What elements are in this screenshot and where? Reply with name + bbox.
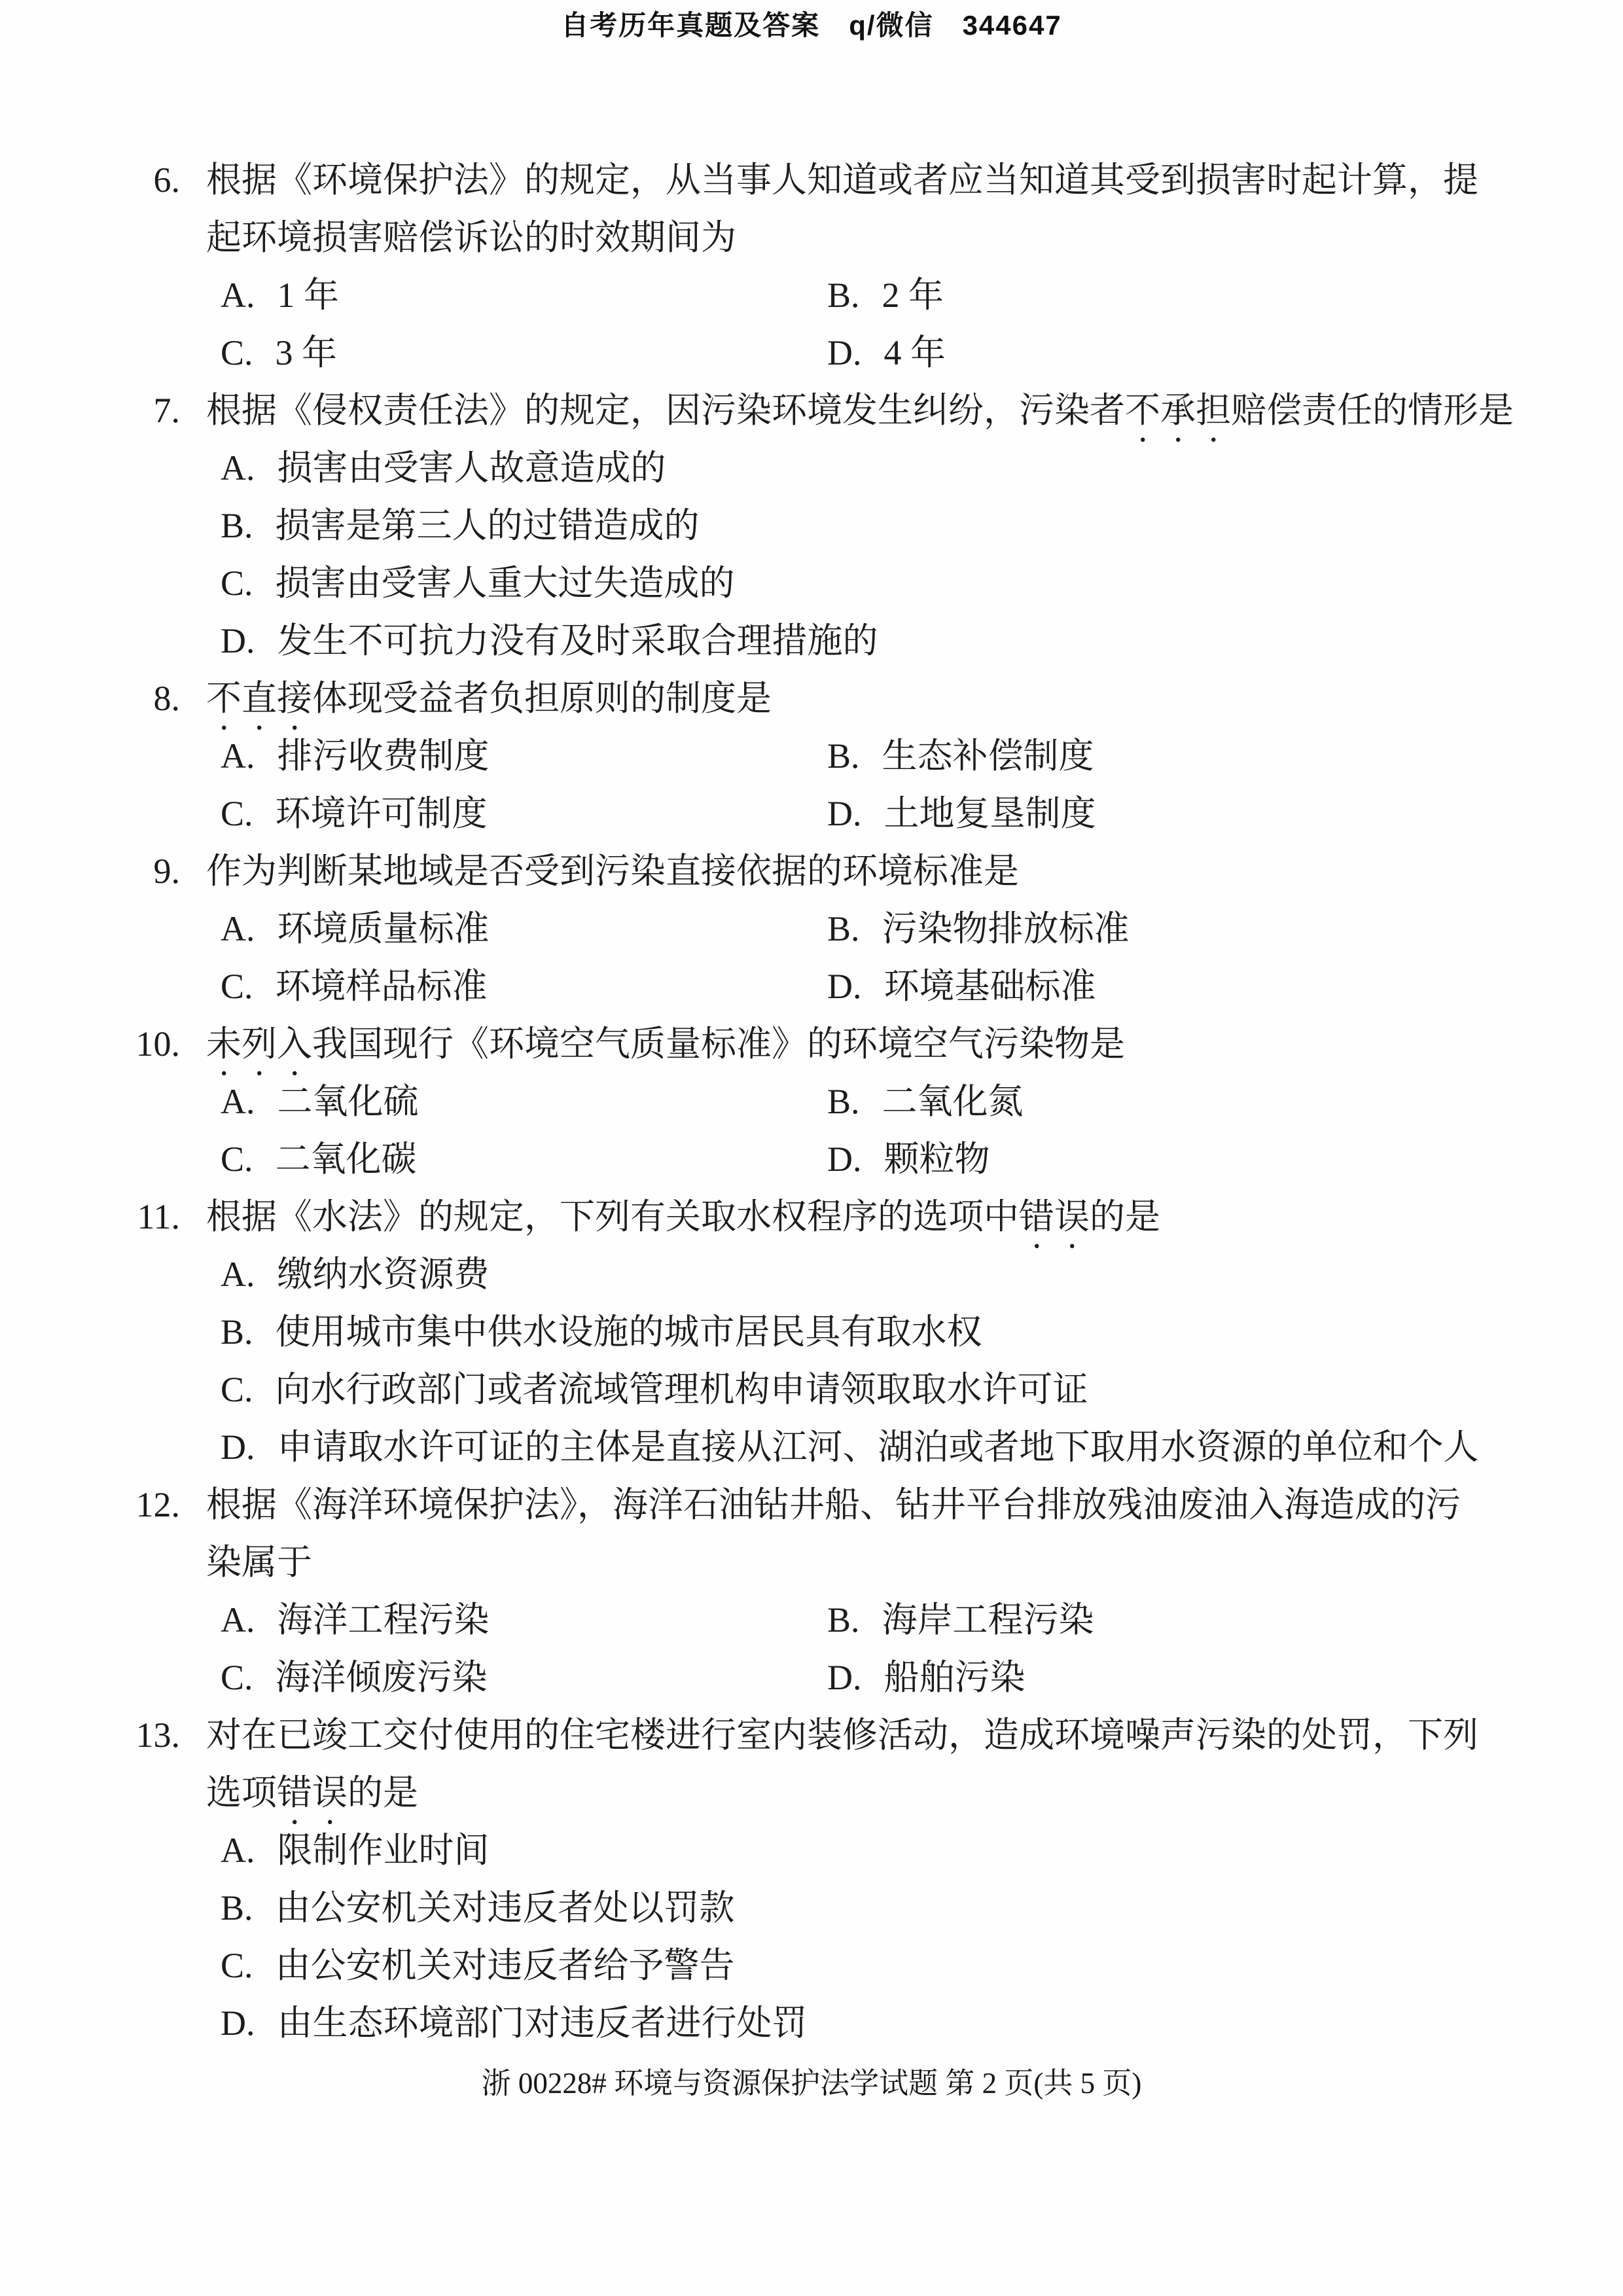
emphasized-text: 不直接 <box>206 679 312 718</box>
option-label: D. <box>827 1649 862 1706</box>
option-row: A.环境质量标准B.污染物排放标准 <box>221 900 1597 958</box>
option-text: 海洋倾废污染 <box>276 1658 488 1697</box>
option-item: D.发生不可抗力没有及时采取合理措施的 <box>221 612 878 670</box>
question-line: 起环境损害赔偿诉讼的时效期间为 <box>206 209 1597 266</box>
option-text: 船舶污染 <box>884 1658 1026 1697</box>
option-text: 2 年 <box>882 276 944 315</box>
question-text: 作为判断某地域是否受到污染直接依据的环境标准是 <box>206 852 1019 891</box>
option-text: 损害是第三人的过错造成的 <box>276 506 700 545</box>
option-text: 由公安机关对违反者给予警告 <box>276 1946 735 1985</box>
question-text: 根据《海洋环境保护法》，海洋石油钻井船、钻井平台排放残油废油入海造成的污 <box>206 1485 1461 1524</box>
option-row: C.由公安机关对违反者给予警告 <box>221 1937 1597 1994</box>
question-item: 10.未列入我国现行《环境空气质量标准》的环境空气污染物是A.二氧化硫B.二氧化… <box>118 1015 1597 1188</box>
option-item: B.由公安机关对违反者处以罚款 <box>221 1879 735 1937</box>
option-label: D. <box>827 1130 862 1188</box>
option-label: B. <box>827 266 860 324</box>
option-item: B.2 年 <box>827 266 944 324</box>
question-line: 13.对在已竣工交付使用的住宅楼进行室内装修活动，造成环境噪声污染的处罚，下列 <box>118 1706 1597 1764</box>
text-segment: 的是 <box>1090 1197 1160 1236</box>
option-text: 向水行政部门或者流域管理机构申请领取取水许可证 <box>276 1370 1088 1409</box>
option-text: 损害由受害人故意造成的 <box>277 448 666 488</box>
question-line: 染属于 <box>206 1534 1597 1591</box>
option-item: A.损害由受害人故意造成的 <box>221 439 666 497</box>
option-item: C.向水行政部门或者流域管理机构申请领取取水许可证 <box>221 1361 1088 1418</box>
option-text: 发生不可抗力没有及时采取合理措施的 <box>277 621 878 660</box>
option-row: C.环境样品标准D.环境基础标准 <box>221 958 1597 1015</box>
option-label: B. <box>221 1303 253 1361</box>
option-row: C.海洋倾废污染D.船舶污染 <box>221 1649 1597 1706</box>
option-text: 二氧化氮 <box>882 1082 1024 1121</box>
option-text: 排污收费制度 <box>277 736 490 776</box>
option-text: 环境质量标准 <box>277 909 490 948</box>
option-text: 海洋工程污染 <box>277 1600 490 1640</box>
question-text: 根据《水法》的规定，下列有关取水权程序的选项中错误的是 <box>206 1197 1160 1236</box>
option-text: 4 年 <box>884 333 946 372</box>
option-text: 环境样品标准 <box>276 967 488 1006</box>
question-item: 11.根据《水法》的规定，下列有关取水权程序的选项中错误的是A.缴纳水资源费B.… <box>118 1188 1597 1476</box>
option-label: A. <box>221 1591 255 1649</box>
question-line: 11.根据《水法》的规定，下列有关取水权程序的选项中错误的是 <box>118 1188 1597 1246</box>
question-number: 9. <box>118 842 180 900</box>
question-number: 7. <box>118 382 180 439</box>
option-text: 由生态环境部门对违反者进行处罚 <box>277 2003 808 2043</box>
option-item: A.限制作业时间 <box>221 1821 490 1879</box>
text-segment: 体现受益者负担原则的制度是 <box>312 679 772 718</box>
option-label: C. <box>221 1937 253 1994</box>
option-item: A.环境质量标准 <box>221 900 827 958</box>
option-item: D.颗粒物 <box>827 1130 990 1188</box>
option-label: C. <box>221 1361 253 1418</box>
question-text: 选项错误的是 <box>206 1773 418 1812</box>
question-item: 9.作为判断某地域是否受到污染直接依据的环境标准是A.环境质量标准B.污染物排放… <box>118 842 1597 1015</box>
page-header: 自考历年真题及答案 q/微信 344647 <box>0 0 1623 46</box>
option-label: D. <box>827 785 862 842</box>
exam-page: 自考历年真题及答案 q/微信 344647 6.根据《环境保护法》的规定，从当事… <box>0 0 1623 2296</box>
question-line: 10.未列入我国现行《环境空气质量标准》的环境空气污染物是 <box>118 1015 1597 1073</box>
option-text: 申请取水许可证的主体是直接从江河、湖泊或者地下取用水资源的单位和个人 <box>277 1427 1479 1467</box>
text-segment: 起环境损害赔偿诉讼的时效期间为 <box>206 218 736 257</box>
question-item: 8.不直接体现受益者负担原则的制度是A.排污收费制度B.生态补偿制度C.环境许可… <box>118 670 1597 842</box>
text-segment: 的是 <box>348 1773 418 1812</box>
text-segment: 根据《侵权责任法》的规定，因污染环境发生纠纷，污染者 <box>206 391 1125 430</box>
question-text: 根据《侵权责任法》的规定，因污染环境发生纠纷，污染者不承担赔偿责任的情形是 <box>206 391 1514 430</box>
option-item: B.海岸工程污染 <box>827 1591 1094 1649</box>
question-line: 12.根据《海洋环境保护法》，海洋石油钻井船、钻井平台排放残油废油入海造成的污 <box>118 1476 1597 1534</box>
option-label: C. <box>221 324 253 382</box>
option-text: 缴纳水资源费 <box>277 1255 490 1294</box>
text-segment: 赔偿责任的情形是 <box>1231 391 1514 430</box>
text-segment: 作为判断某地域是否受到污染直接依据的环境标准是 <box>206 852 1019 891</box>
option-item: B.二氧化氮 <box>827 1073 1024 1130</box>
question-line: 6.根据《环境保护法》的规定，从当事人知道或者应当知道其受到损害时起计算，提 <box>118 151 1597 209</box>
question-text: 不直接体现受益者负担原则的制度是 <box>206 679 772 718</box>
option-item: C.二氧化碳 <box>221 1130 827 1188</box>
question-number: 10. <box>118 1015 180 1073</box>
option-label: C. <box>221 785 253 842</box>
text-segment: 染属于 <box>206 1543 312 1582</box>
option-label: A. <box>221 439 255 497</box>
option-label: D. <box>221 1418 255 1476</box>
question-number: 12. <box>118 1476 180 1534</box>
option-label: B. <box>827 727 860 785</box>
option-label: B. <box>827 1591 860 1649</box>
option-row: A.排污收费制度B.生态补偿制度 <box>221 727 1597 785</box>
option-label: C. <box>221 554 253 612</box>
question-list: 6.根据《环境保护法》的规定，从当事人知道或者应当知道其受到损害时起计算，提起环… <box>0 151 1623 2052</box>
emphasized-text: 未列入 <box>206 1024 312 1064</box>
text-segment: 选项 <box>206 1773 277 1812</box>
option-label: C. <box>221 1130 253 1188</box>
option-text: 环境许可制度 <box>276 794 488 833</box>
option-label: D. <box>827 324 862 382</box>
option-text: 由公安机关对违反者处以罚款 <box>276 1888 735 1928</box>
option-row: D.申请取水许可证的主体是直接从江河、湖泊或者地下取用水资源的单位和个人 <box>221 1418 1597 1476</box>
option-item: C.环境样品标准 <box>221 958 827 1015</box>
question-line: 7.根据《侵权责任法》的规定，因污染环境发生纠纷，污染者不承担赔偿责任的情形是 <box>118 382 1597 439</box>
option-label: A. <box>221 266 255 324</box>
option-row: A.缴纳水资源费 <box>221 1246 1597 1303</box>
option-text: 二氧化硫 <box>277 1082 419 1121</box>
option-row: D.由生态环境部门对违反者进行处罚 <box>221 1994 1597 2052</box>
emphasized-text: 错误 <box>1019 1197 1090 1236</box>
option-label: B. <box>221 497 253 554</box>
option-label: B. <box>221 1879 253 1937</box>
option-row: C.3 年D.4 年 <box>221 324 1597 382</box>
option-text: 污染物排放标准 <box>882 909 1130 948</box>
option-row: B.使用城市集中供水设施的城市居民具有取水权 <box>221 1303 1597 1361</box>
option-item: C.环境许可制度 <box>221 785 827 842</box>
question-item: 13.对在已竣工交付使用的住宅楼进行室内装修活动，造成环境噪声污染的处罚，下列选… <box>118 1706 1597 2052</box>
option-text: 土地复垦制度 <box>884 794 1096 833</box>
option-label: C. <box>221 958 253 1015</box>
option-item: A.1 年 <box>221 266 827 324</box>
option-label: B. <box>827 900 860 958</box>
option-row: B.由公安机关对违反者处以罚款 <box>221 1879 1597 1937</box>
option-row: A.海洋工程污染B.海岸工程污染 <box>221 1591 1597 1649</box>
option-row: C.环境许可制度D.土地复垦制度 <box>221 785 1597 842</box>
question-line: 选项错误的是 <box>206 1764 1597 1821</box>
option-label: A. <box>221 1821 255 1879</box>
option-item: D.4 年 <box>827 324 946 382</box>
option-row: A.1 年B.2 年 <box>221 266 1597 324</box>
option-label: A. <box>221 1073 255 1130</box>
question-item: 7.根据《侵权责任法》的规定，因污染环境发生纠纷，污染者不承担赔偿责任的情形是A… <box>118 382 1597 670</box>
option-row: A.损害由受害人故意造成的 <box>221 439 1597 497</box>
option-item: D.由生态环境部门对违反者进行处罚 <box>221 1994 808 2052</box>
text-segment: 我国现行《环境空气质量标准》的环境空气污染物是 <box>312 1024 1125 1064</box>
option-row: A.二氧化硫B.二氧化氮 <box>221 1073 1597 1130</box>
question-number: 13. <box>118 1706 180 1764</box>
question-text: 起环境损害赔偿诉讼的时效期间为 <box>206 218 736 257</box>
emphasized-text: 错误 <box>277 1773 348 1812</box>
option-text: 海岸工程污染 <box>882 1600 1094 1640</box>
option-row: C.向水行政部门或者流域管理机构申请领取取水许可证 <box>221 1361 1597 1418</box>
option-item: D.申请取水许可证的主体是直接从江河、湖泊或者地下取用水资源的单位和个人 <box>221 1418 1479 1476</box>
option-text: 使用城市集中供水设施的城市居民具有取水权 <box>276 1312 982 1352</box>
text-segment: 对在已竣工交付使用的住宅楼进行室内装修活动，造成环境噪声污染的处罚，下列 <box>206 1715 1478 1755</box>
option-row: C.损害由受害人重大过失造成的 <box>221 554 1597 612</box>
option-item: D.环境基础标准 <box>827 958 1096 1015</box>
option-item: B.生态补偿制度 <box>827 727 1094 785</box>
option-item: C.由公安机关对违反者给予警告 <box>221 1937 735 1994</box>
question-item: 6.根据《环境保护法》的规定，从当事人知道或者应当知道其受到损害时起计算，提起环… <box>118 151 1597 382</box>
question-number: 8. <box>118 670 180 727</box>
question-text: 根据《环境保护法》的规定，从当事人知道或者应当知道其受到损害时起计算，提 <box>206 160 1478 200</box>
option-text: 3 年 <box>276 333 338 372</box>
text-segment: 根据《水法》的规定，下列有关取水权程序的选项中 <box>206 1197 1019 1236</box>
option-row: A.限制作业时间 <box>221 1821 1597 1879</box>
option-label: D. <box>221 1994 255 2052</box>
option-text: 限制作业时间 <box>277 1831 490 1870</box>
option-item: A.海洋工程污染 <box>221 1591 827 1649</box>
footer-text: 浙 00228# 环境与资源保护法学试题 第 2 页(共 5 页) <box>482 2067 1142 2100</box>
option-item: D.船舶污染 <box>827 1649 1026 1706</box>
option-row: D.发生不可抗力没有及时采取合理措施的 <box>221 612 1597 670</box>
option-item: C.海洋倾废污染 <box>221 1649 827 1706</box>
option-item: B.使用城市集中供水设施的城市居民具有取水权 <box>221 1303 982 1361</box>
option-label: B. <box>827 1073 860 1130</box>
option-item: B.污染物排放标准 <box>827 900 1130 958</box>
option-text: 颗粒物 <box>884 1139 990 1179</box>
option-text: 二氧化碳 <box>276 1139 417 1179</box>
option-label: D. <box>827 958 862 1015</box>
option-label: A. <box>221 900 255 958</box>
page-footer: 浙 00228# 环境与资源保护法学试题 第 2 页(共 5 页) <box>0 2054 1623 2112</box>
option-item: D.土地复垦制度 <box>827 785 1096 842</box>
text-segment: 根据《海洋环境保护法》，海洋石油钻井船、钻井平台排放残油废油入海造成的污 <box>206 1485 1461 1524</box>
question-item: 12.根据《海洋环境保护法》，海洋石油钻井船、钻井平台排放残油废油入海造成的污染… <box>118 1476 1597 1706</box>
option-item: A.缴纳水资源费 <box>221 1246 490 1303</box>
option-text: 损害由受害人重大过失造成的 <box>276 564 735 603</box>
text-segment: 根据《环境保护法》的规定，从当事人知道或者应当知道其受到损害时起计算，提 <box>206 160 1478 200</box>
question-text: 未列入我国现行《环境空气质量标准》的环境空气污染物是 <box>206 1024 1125 1064</box>
option-item: B.损害是第三人的过错造成的 <box>221 497 700 554</box>
option-row: B.损害是第三人的过错造成的 <box>221 497 1597 554</box>
option-label: A. <box>221 727 255 785</box>
option-label: A. <box>221 1246 255 1303</box>
option-item: C.3 年 <box>221 324 827 382</box>
emphasized-text: 不承担 <box>1125 391 1231 430</box>
header-watermark-text: 自考历年真题及答案 q/微信 344647 <box>561 10 1061 41</box>
option-label: C. <box>221 1649 253 1706</box>
question-text: 染属于 <box>206 1543 312 1582</box>
question-number: 11. <box>118 1188 180 1246</box>
option-text: 环境基础标准 <box>884 967 1096 1006</box>
question-number: 6. <box>118 151 180 209</box>
option-label: D. <box>221 612 255 670</box>
option-text: 1 年 <box>277 276 340 315</box>
question-text: 对在已竣工交付使用的住宅楼进行室内装修活动，造成环境噪声污染的处罚，下列 <box>206 1715 1478 1755</box>
option-text: 生态补偿制度 <box>882 736 1094 776</box>
question-line: 9.作为判断某地域是否受到污染直接依据的环境标准是 <box>118 842 1597 900</box>
option-row: C.二氧化碳D.颗粒物 <box>221 1130 1597 1188</box>
question-line: 8.不直接体现受益者负担原则的制度是 <box>118 670 1597 727</box>
option-item: A.二氧化硫 <box>221 1073 827 1130</box>
option-item: A.排污收费制度 <box>221 727 827 785</box>
option-item: C.损害由受害人重大过失造成的 <box>221 554 735 612</box>
